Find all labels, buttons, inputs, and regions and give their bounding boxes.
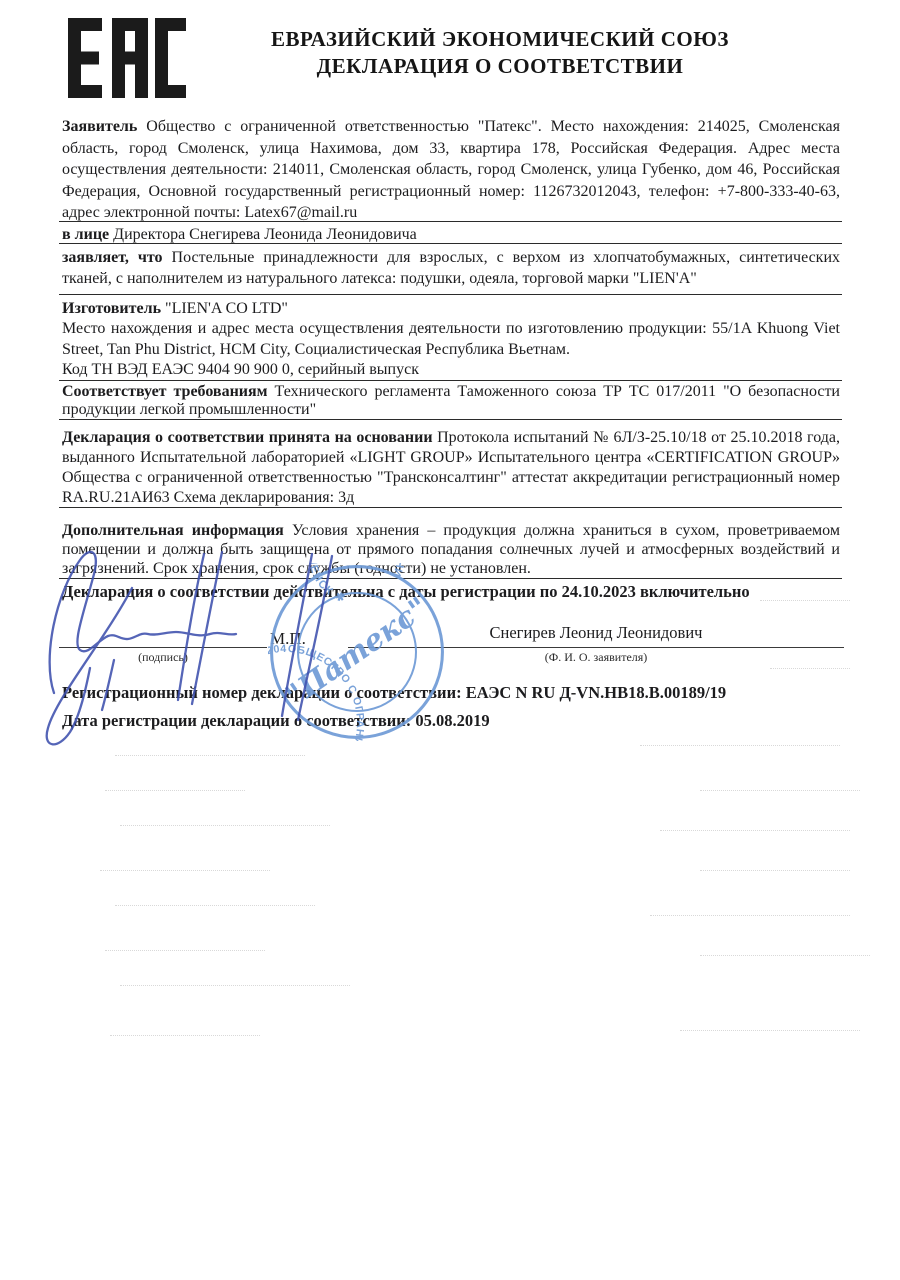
section-applicant: Заявитель Общество с ограниченной ответс… (62, 116, 840, 224)
basis-label: Декларация о соответствии принята на осн… (62, 429, 433, 446)
section-divider (59, 380, 842, 381)
declares-label: заявляет, что (62, 249, 163, 266)
compliance-label: Соответствует требованиям (62, 383, 268, 400)
signature-scribble (36, 548, 366, 763)
section-divider (59, 294, 842, 295)
section-divider (59, 507, 842, 508)
section-declares: заявляет, что Постельные принадлежности … (62, 247, 840, 289)
manufacturer-label: Изготовитель (62, 300, 161, 317)
section-basis: Декларация о соответствии принята на осн… (62, 428, 840, 508)
section-compliance: Соответствует требованиям Технического р… (62, 383, 840, 418)
section-divider (59, 243, 842, 244)
section-divider (59, 221, 842, 222)
declaration-document: ЕВРАЗИЙСКИЙ ЭКОНОМИЧЕСКИЙ СОЮЗ ДЕКЛАРАЦИ… (0, 0, 900, 1280)
manufacturer-name: "LIEN'A CO LTD" (165, 300, 288, 317)
registration-number-value: ЕАЭС N RU Д-VN.НВ18.В.00189/19 (466, 683, 726, 702)
manufacturer-name-line: Изготовитель "LIEN'A CO LTD" (62, 299, 840, 319)
document-title-line1: ЕВРАЗИЙСКИЙ ЭКОНОМИЧЕСКИЙ СОЮЗ (150, 26, 850, 53)
applicant-label: Заявитель (62, 118, 137, 135)
in-person-text: Директора Снегирева Леонида Леонидовича (113, 226, 417, 243)
declares-text: Постельные принадлежности для взрослых, … (62, 249, 840, 287)
manufacturer-tnved: Код ТН ВЭД ЕАЭС 9404 90 900 0, серийный … (62, 360, 840, 380)
document-title-line2: ДЕКЛАРАЦИЯ О СООТВЕТСТВИИ (150, 53, 850, 80)
additional-label: Дополнительная информация (62, 522, 284, 539)
applicant-text: Общество с ограниченной ответственностью… (62, 118, 840, 221)
section-divider (59, 419, 842, 420)
manufacturer-address: Место нахождения и адрес места осуществл… (62, 319, 840, 360)
in-person-label: в лице (62, 226, 109, 243)
